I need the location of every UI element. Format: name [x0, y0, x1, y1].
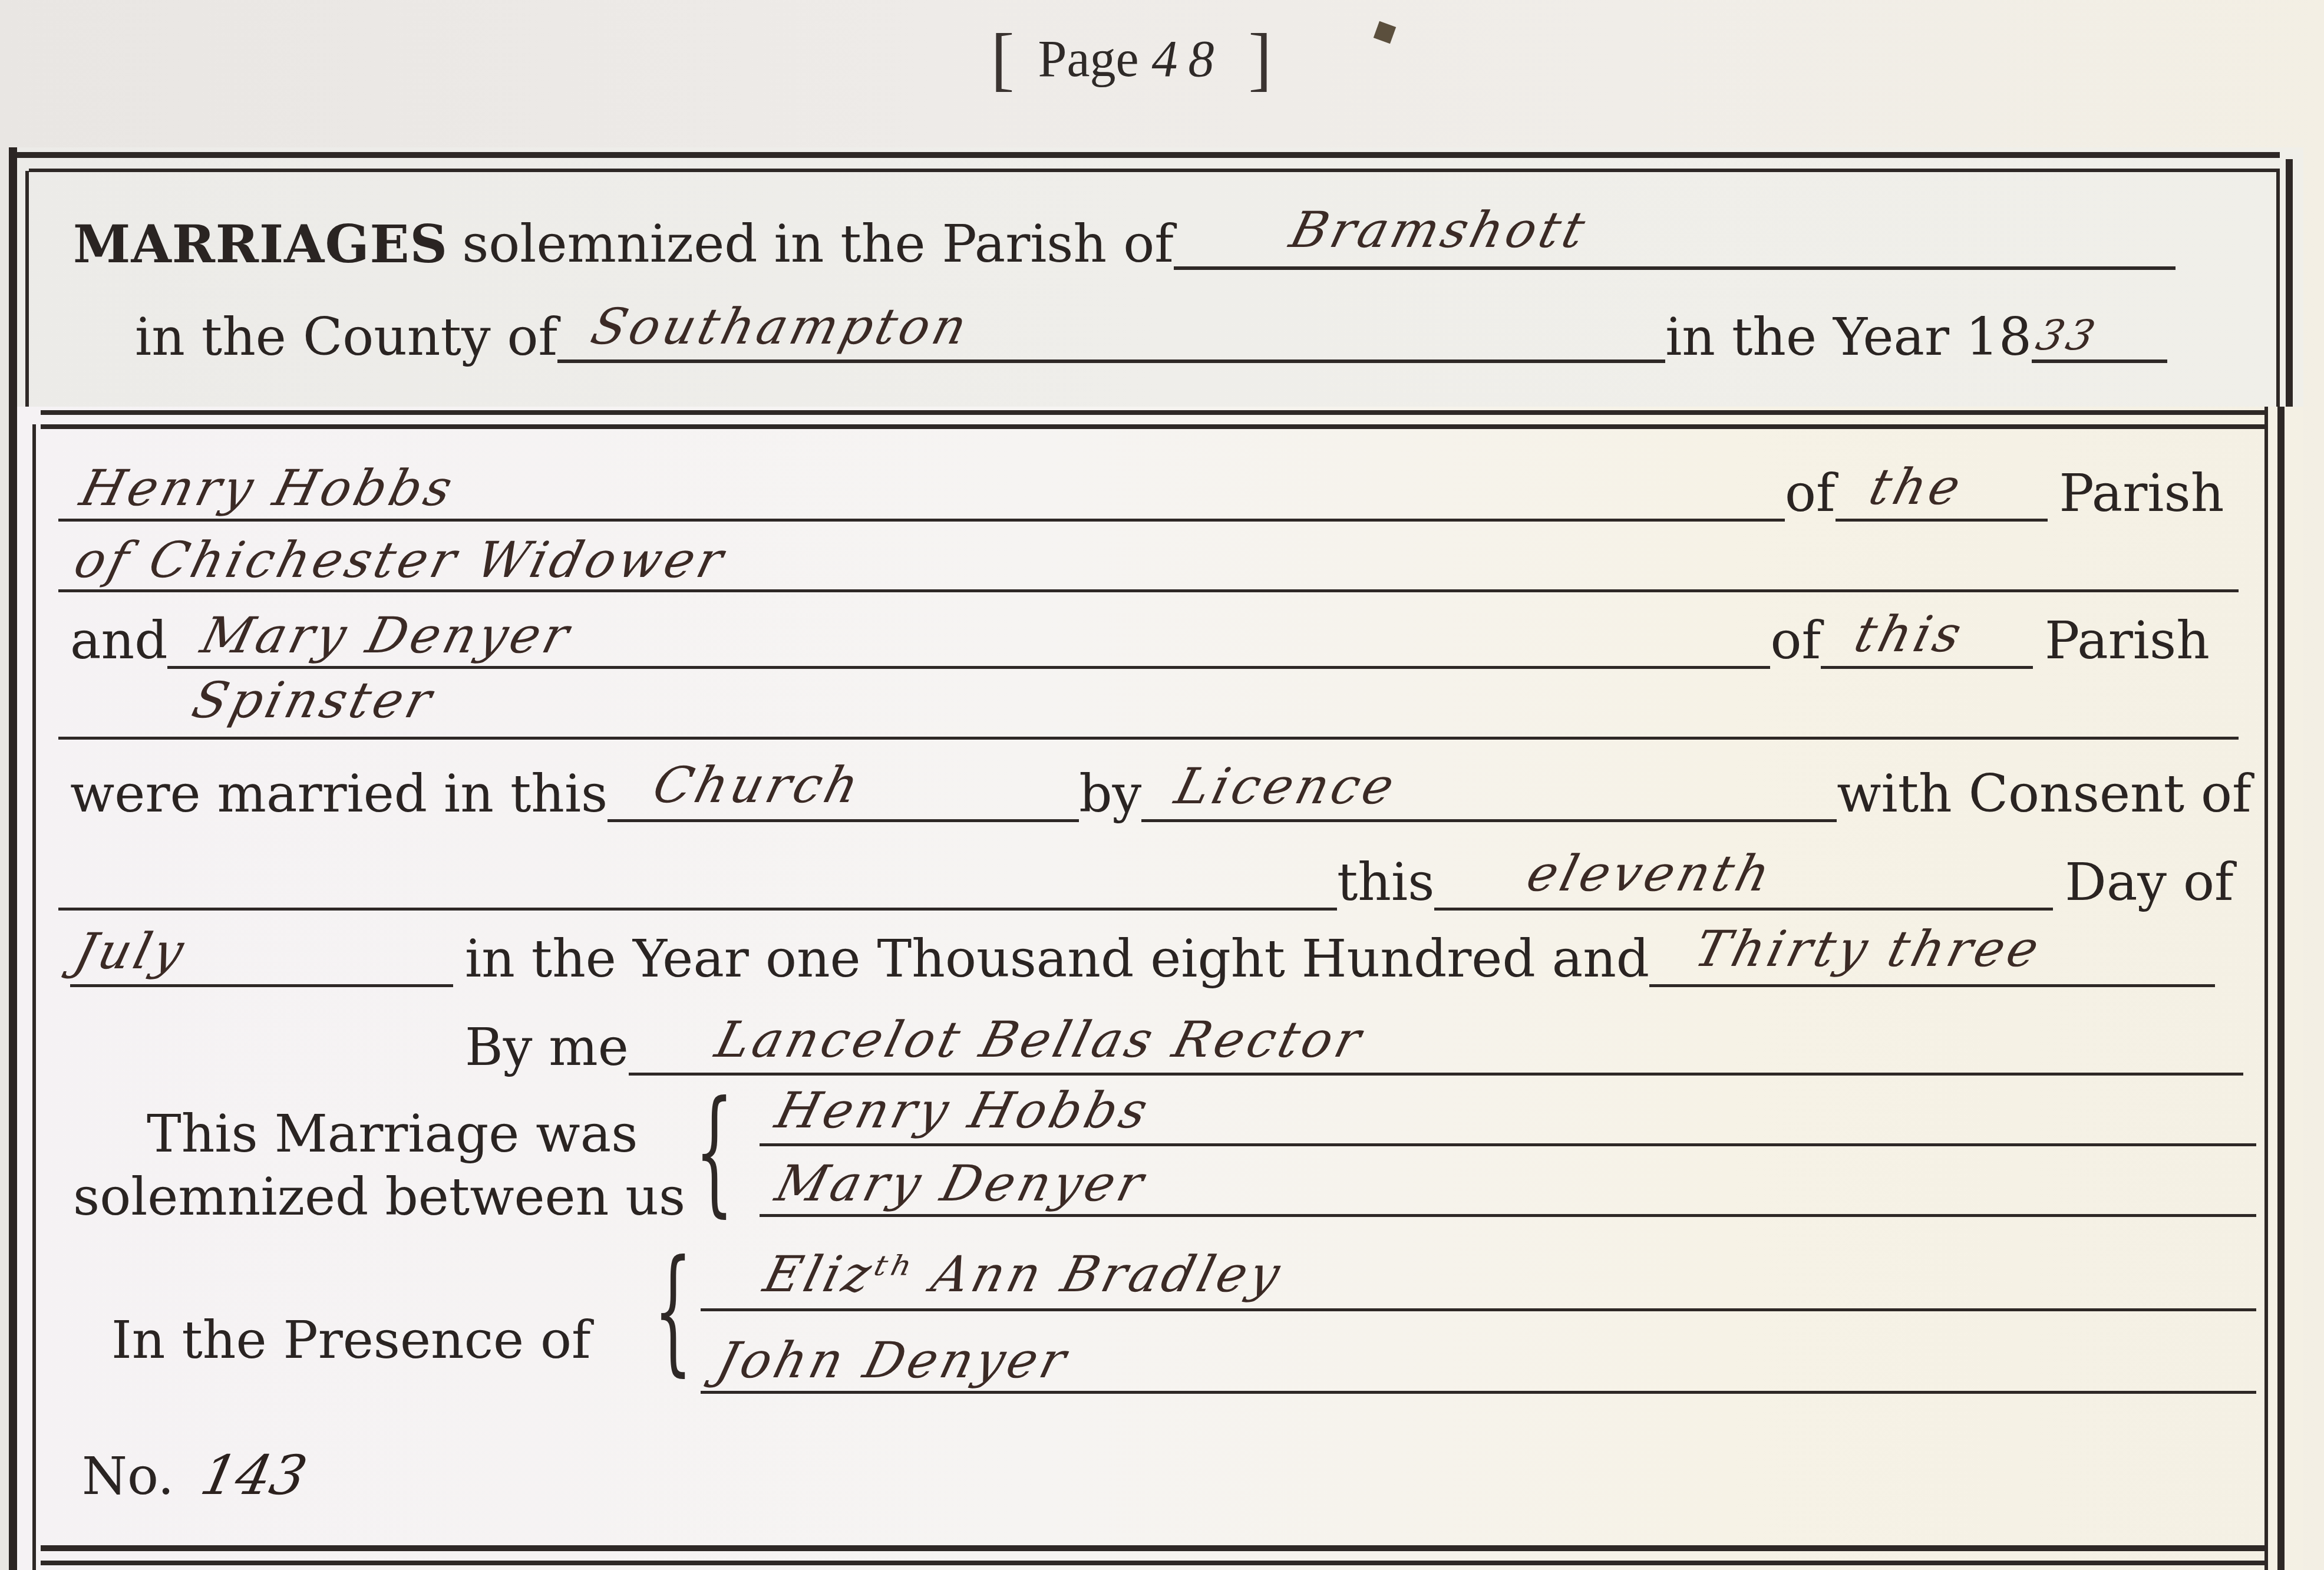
right-bracket: ]	[1249, 18, 1272, 100]
groom-name: Henry Hobbs	[76, 463, 461, 513]
border-rule	[25, 171, 29, 407]
form-header-panel: MARRIAGES solemnized in the Parish of Br…	[9, 147, 2303, 407]
bride-signature-field[interactable]: Mary Denyer	[760, 1161, 2256, 1217]
officiant-field[interactable]: Lancelot Bellas Rector	[629, 1020, 2243, 1076]
this-label: this	[1337, 856, 1434, 911]
groom-residence: of Chichester Widower	[70, 535, 732, 585]
witness-2: John Denyer	[712, 1335, 1075, 1385]
page-number: 48	[1152, 29, 1225, 89]
page-label: Page	[1038, 29, 1138, 89]
witness-2-field[interactable]: John Denyer	[701, 1338, 2256, 1394]
month-year-row: July in the Year one Thousand eight Hund…	[70, 931, 2215, 987]
groom-of-label: of	[1785, 467, 1836, 522]
consent-label: with Consent of	[1837, 768, 2251, 822]
groom-row: Henry Hobbs of the Parish	[58, 466, 2224, 522]
presence-label: In the Presence of	[111, 1308, 591, 1371]
border-rule	[2264, 407, 2268, 1570]
day-field[interactable]: eleventh	[1434, 855, 2053, 911]
between-label-line2: solemnized between us	[73, 1165, 685, 1228]
left-bracket: [	[991, 18, 1015, 100]
bride-condition-field[interactable]: Spinster	[58, 684, 2239, 740]
bride-name: Mary Denyer	[197, 611, 577, 660]
day-of-label: Day of	[2065, 856, 2233, 911]
border-rule	[2277, 407, 2285, 1570]
border-rule	[41, 410, 2268, 415]
groom-parish-of: the	[1864, 462, 1969, 512]
bride-signature-row: Mary Denyer	[760, 1161, 2256, 1217]
groom-signature: Henry Hobbs	[771, 1086, 1156, 1135]
witness-1-row: Elizᵗʰ Ann Bradley	[701, 1255, 2256, 1311]
border-rule	[41, 1545, 2268, 1551]
page-header: [ Page 48 ]	[949, 24, 1314, 94]
between-label: This Marriage was solemnized between us	[73, 1102, 685, 1229]
form-title-caps: MARRIAGES	[73, 218, 448, 270]
married-label: were married in this	[70, 768, 608, 822]
witness-1-field[interactable]: Elizᵗʰ Ann Bradley	[701, 1255, 2256, 1311]
bride-parish-of: this	[1850, 609, 1970, 659]
by-method-value: Licence	[1171, 761, 1402, 811]
groom-parish-of-field[interactable]: the	[1836, 466, 2048, 522]
border-rule	[29, 169, 2280, 172]
bride-of-label: of	[1770, 615, 1821, 669]
officiant-row: By me Lancelot Bellas Rector	[465, 1020, 2243, 1076]
venue-row: were married in this Church by Licence w…	[70, 766, 2252, 822]
by-me-label: By me	[465, 1021, 629, 1076]
groom-signature-row: Henry Hobbs	[760, 1090, 2256, 1146]
witness-1: Elizᵗʰ Ann Bradley	[760, 1249, 1288, 1299]
border-rule	[17, 152, 2280, 158]
border-rule	[41, 424, 2268, 429]
bride-parish-of-field[interactable]: this	[1821, 613, 2033, 669]
parish-value: Bramshott	[1285, 205, 1593, 255]
county-year-line: in the County of Southampton in the Year…	[135, 311, 2167, 363]
between-label-line1: This Marriage was	[73, 1102, 685, 1165]
venue-field[interactable]: Church	[608, 766, 1079, 822]
groom-signature-field[interactable]: Henry Hobbs	[760, 1090, 2256, 1146]
groom-residence-field[interactable]: of Chichester Widower	[58, 536, 2239, 592]
witness-2-row: John Denyer	[701, 1338, 2256, 1394]
venue-value: Church	[649, 760, 867, 810]
county-value: Southampton	[587, 302, 975, 351]
day-value: eleventh	[1523, 849, 1778, 898]
brace-symbol: {	[695, 1090, 734, 1212]
border-rule	[2276, 171, 2280, 407]
year-field[interactable]: 33	[2032, 312, 2167, 363]
year-suffix: 33	[2032, 315, 2102, 356]
no-label: No.	[82, 1446, 174, 1506]
bride-condition: Spinster	[188, 675, 440, 725]
county-field[interactable]: Southampton	[557, 312, 1665, 363]
parish-field[interactable]: Bramshott	[1174, 219, 2176, 270]
year-words-value: Thirty three	[1691, 924, 2047, 974]
groom-residence-row: of Chichester Widower	[58, 536, 2239, 592]
year-words-field[interactable]: Thirty three	[1649, 931, 2215, 987]
officiant-value: Lancelot Bellas Rector	[711, 1015, 1369, 1064]
month-field[interactable]: July	[70, 931, 453, 987]
by-method-field[interactable]: Licence	[1141, 766, 1837, 822]
year-label: in the Year 18	[1665, 311, 2032, 363]
entry-number: 143	[196, 1444, 312, 1507]
consent-field[interactable]	[58, 855, 1337, 911]
entry-number-row: No. 143	[82, 1444, 306, 1507]
border-rule	[32, 424, 36, 1570]
bride-row: and Mary Denyer of this Parish	[70, 613, 2210, 669]
groom-parish-label: Parish	[2059, 467, 2224, 522]
by-label: by	[1079, 768, 1141, 822]
ink-blot-mark	[1374, 21, 1396, 44]
parish-line: MARRIAGES solemnized in the Parish of Br…	[73, 218, 2176, 270]
day-row: this eleventh Day of	[58, 855, 2234, 911]
border-rule	[2286, 159, 2293, 407]
month-value: July	[70, 926, 192, 976]
form-title-rest: solemnized in the Parish of	[462, 218, 1174, 270]
bride-and-label: and	[70, 615, 167, 669]
groom-name-field[interactable]: Henry Hobbs	[58, 466, 1785, 522]
bride-condition-row: Spinster	[58, 684, 2239, 740]
marriage-entry-panel: Henry Hobbs of the Parish of Chichester …	[9, 407, 2303, 1570]
county-label: in the County of	[135, 311, 557, 363]
bride-name-field[interactable]: Mary Denyer	[167, 613, 1770, 669]
bride-signature: Mary Denyer	[771, 1159, 1152, 1208]
brace-symbol: {	[653, 1249, 692, 1371]
bride-parish-label: Parish	[2045, 615, 2210, 669]
year-text-label: in the Year one Thousand eight Hundred a…	[465, 933, 1649, 987]
border-rule	[41, 1561, 2268, 1565]
